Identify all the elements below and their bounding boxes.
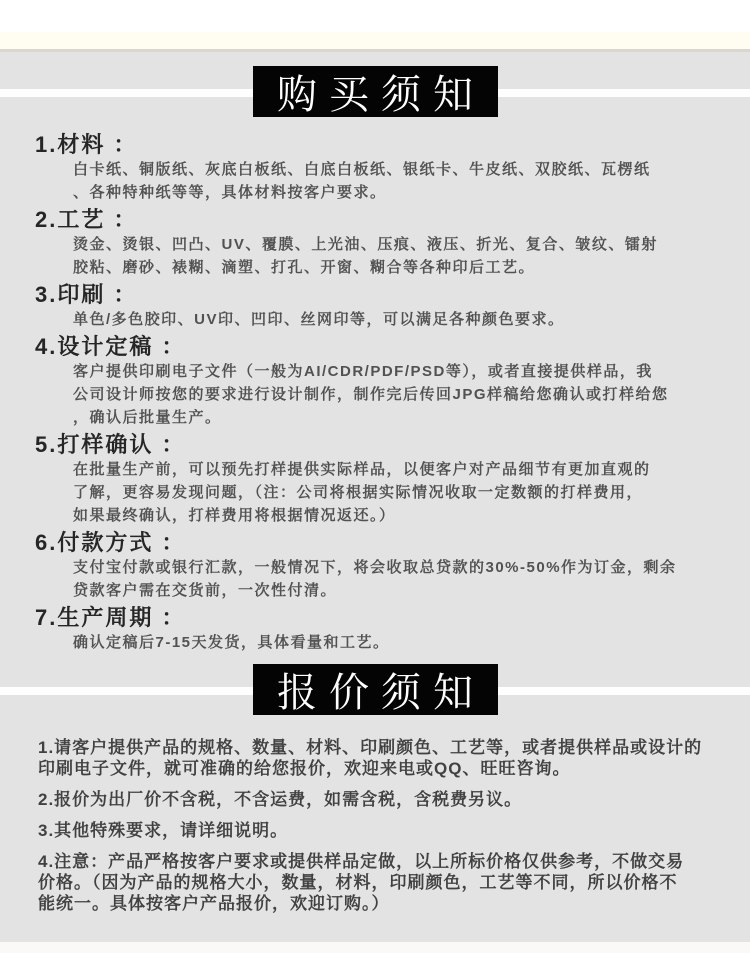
section-craft: 2.工艺 ： 烫金、烫银、凹凸、UV、覆膜、上光油、压痕、液压、折光、复合、皱纹… <box>0 208 750 279</box>
top-spacer <box>0 0 750 32</box>
quote-item-note: 4.注意：产品严格按客户要求或提供样品定做，以上所标价格仅供参考，不做交易 价格… <box>38 851 730 914</box>
quote-notice-items: 1.请客户提供产品的规格、数量、材料、印刷颜色、工艺等，或者提供样品或设计的 印… <box>0 715 750 914</box>
section-body: 烫金、烫银、凹凸、UV、覆膜、上光油、压痕、液压、折光、复合、皱纹、镭射 胶粘、… <box>73 233 722 279</box>
section-body: 在批量生产前，可以预先打样提供实际样品，以便客户对产品细节有更加直观的 了解，更… <box>73 458 722 527</box>
section-design-finalize: 4.设计定稿 ： 客户提供印刷电子文件（一般为AI/CDR/PDF/PSD等），… <box>0 335 750 429</box>
section-production-cycle: 7.生产周期 ： 确认定稿后7-15天发货，具体看量和工艺。 <box>0 606 750 654</box>
quote-notice-title: 报价须知 <box>253 664 498 715</box>
section-heading: 6.付款方式 ： <box>35 531 722 555</box>
section-heading: 2.工艺 ： <box>35 208 722 232</box>
cream-band-divider <box>0 32 750 52</box>
section-heading: 5.打样确认 ： <box>35 433 722 457</box>
purchase-notice-banner-row: 购买须知 <box>0 66 750 117</box>
section-heading: 4.设计定稿 ： <box>35 335 722 359</box>
section-materials: 1.材料 ： 白卡纸、铜版纸、灰底白板纸、白底白板纸、银纸卡、牛皮纸、双胶纸、瓦… <box>0 133 750 204</box>
quote-item-specs: 1.请客户提供产品的规格、数量、材料、印刷颜色、工艺等，或者提供样品或设计的 印… <box>38 737 730 779</box>
section-body: 确认定稿后7-15天发货，具体看量和工艺。 <box>73 631 722 654</box>
notice-content: 购买须知 1.材料 ： 白卡纸、铜版纸、灰底白板纸、白底白板纸、银纸卡、牛皮纸、… <box>0 52 750 942</box>
quote-item-tax: 2.报价为出厂价不含税，不含运费，如需含税，含税费另议。 <box>38 789 730 810</box>
section-heading: 3.印刷 ： <box>35 283 722 307</box>
section-proof-confirm: 5.打样确认 ： 在批量生产前，可以预先打样提供实际样品，以便客户对产品细节有更… <box>0 433 750 527</box>
quote-notice-banner-row: 报价须知 <box>0 664 750 715</box>
section-payment: 6.付款方式 ： 支付宝付款或银行汇款，一般情况下，将会收取总贷款的30%-50… <box>0 531 750 602</box>
section-body: 支付宝付款或银行汇款，一般情况下，将会收取总贷款的30%-50%作为订金，剩余 … <box>73 556 722 602</box>
purchase-info-page: 购买须知 1.材料 ： 白卡纸、铜版纸、灰底白板纸、白底白板纸、银纸卡、牛皮纸、… <box>0 0 750 953</box>
section-body: 客户提供印刷电子文件（一般为AI/CDR/PDF/PSD等），或者直接提供样品，… <box>73 360 722 429</box>
section-printing: 3.印刷 ： 单色/多色胶印、UV印、凹印、丝网印等，可以满足各种颜色要求。 <box>0 283 750 331</box>
section-heading: 7.生产周期 ： <box>35 606 722 630</box>
section-body: 单色/多色胶印、UV印、凹印、丝网印等，可以满足各种颜色要求。 <box>73 308 722 331</box>
section-heading: 1.材料 ： <box>35 133 722 157</box>
section-body: 白卡纸、铜版纸、灰底白板纸、白底白板纸、银纸卡、牛皮纸、双胶纸、瓦楞纸 、各种特… <box>73 158 722 204</box>
purchase-notice-sections: 1.材料 ： 白卡纸、铜版纸、灰底白板纸、白底白板纸、银纸卡、牛皮纸、双胶纸、瓦… <box>0 117 750 654</box>
quote-item-special-requests: 3.其他特殊要求，请详细说明。 <box>38 820 730 841</box>
bottom-spacer <box>0 942 750 953</box>
purchase-notice-title: 购买须知 <box>253 66 498 117</box>
